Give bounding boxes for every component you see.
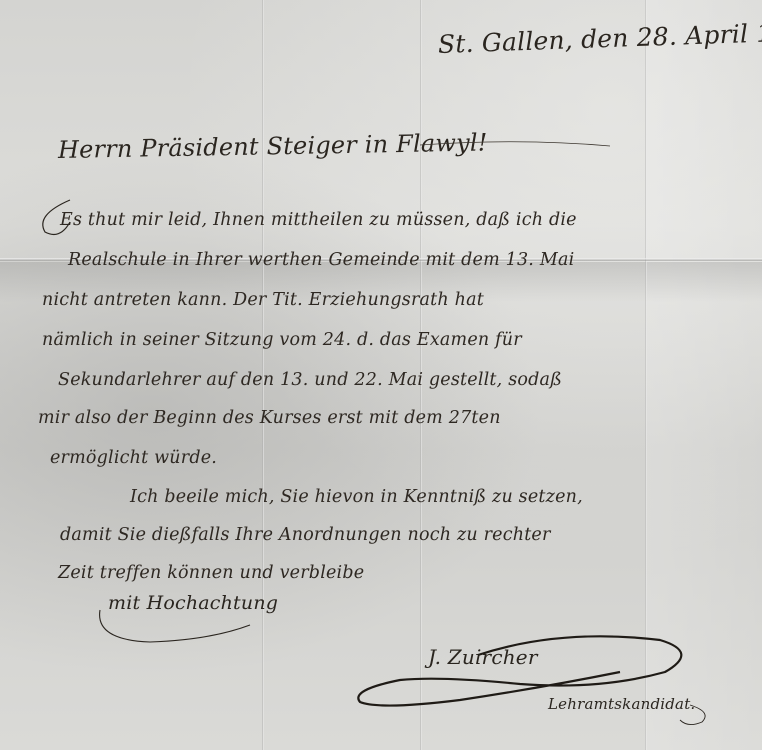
body-line: ermöglicht würde.	[50, 448, 217, 468]
body-line: nicht antreten kann. Der Tit. Erziehungs…	[42, 290, 484, 310]
letter-page: St. Gallen, den 28. April 1861. Herrn Pr…	[0, 0, 762, 750]
body-line: Es thut mir leid, Ihnen mittheilen zu mü…	[60, 210, 577, 230]
body-line: damit Sie dießfalls Ihre Anordnungen noc…	[60, 525, 551, 545]
body-line: Zeit treffen können und verbleibe	[58, 563, 364, 583]
salutation: Herrn Präsident Steiger in Flawyl!	[58, 129, 488, 164]
body-line: Realschule in Ihrer werthen Gemeinde mit…	[68, 250, 574, 270]
body-line: Sekundarlehrer auf den 13. und 22. Mai g…	[58, 370, 562, 390]
signature-title: Lehramtskandidat.	[548, 695, 695, 713]
paper-right-panel	[645, 0, 762, 750]
body-line: Ich beeile mich, Sie hievon in Kenntniß …	[130, 487, 583, 507]
closing: mit Hochachtung	[108, 592, 278, 614]
body-line: nämlich in seiner Sitzung vom 24. d. das…	[42, 330, 522, 350]
signature: J. Zuircher	[428, 645, 538, 669]
fold-crease-vertical-right	[645, 0, 647, 750]
body-line: mir also der Beginn des Kurses erst mit …	[38, 408, 501, 428]
